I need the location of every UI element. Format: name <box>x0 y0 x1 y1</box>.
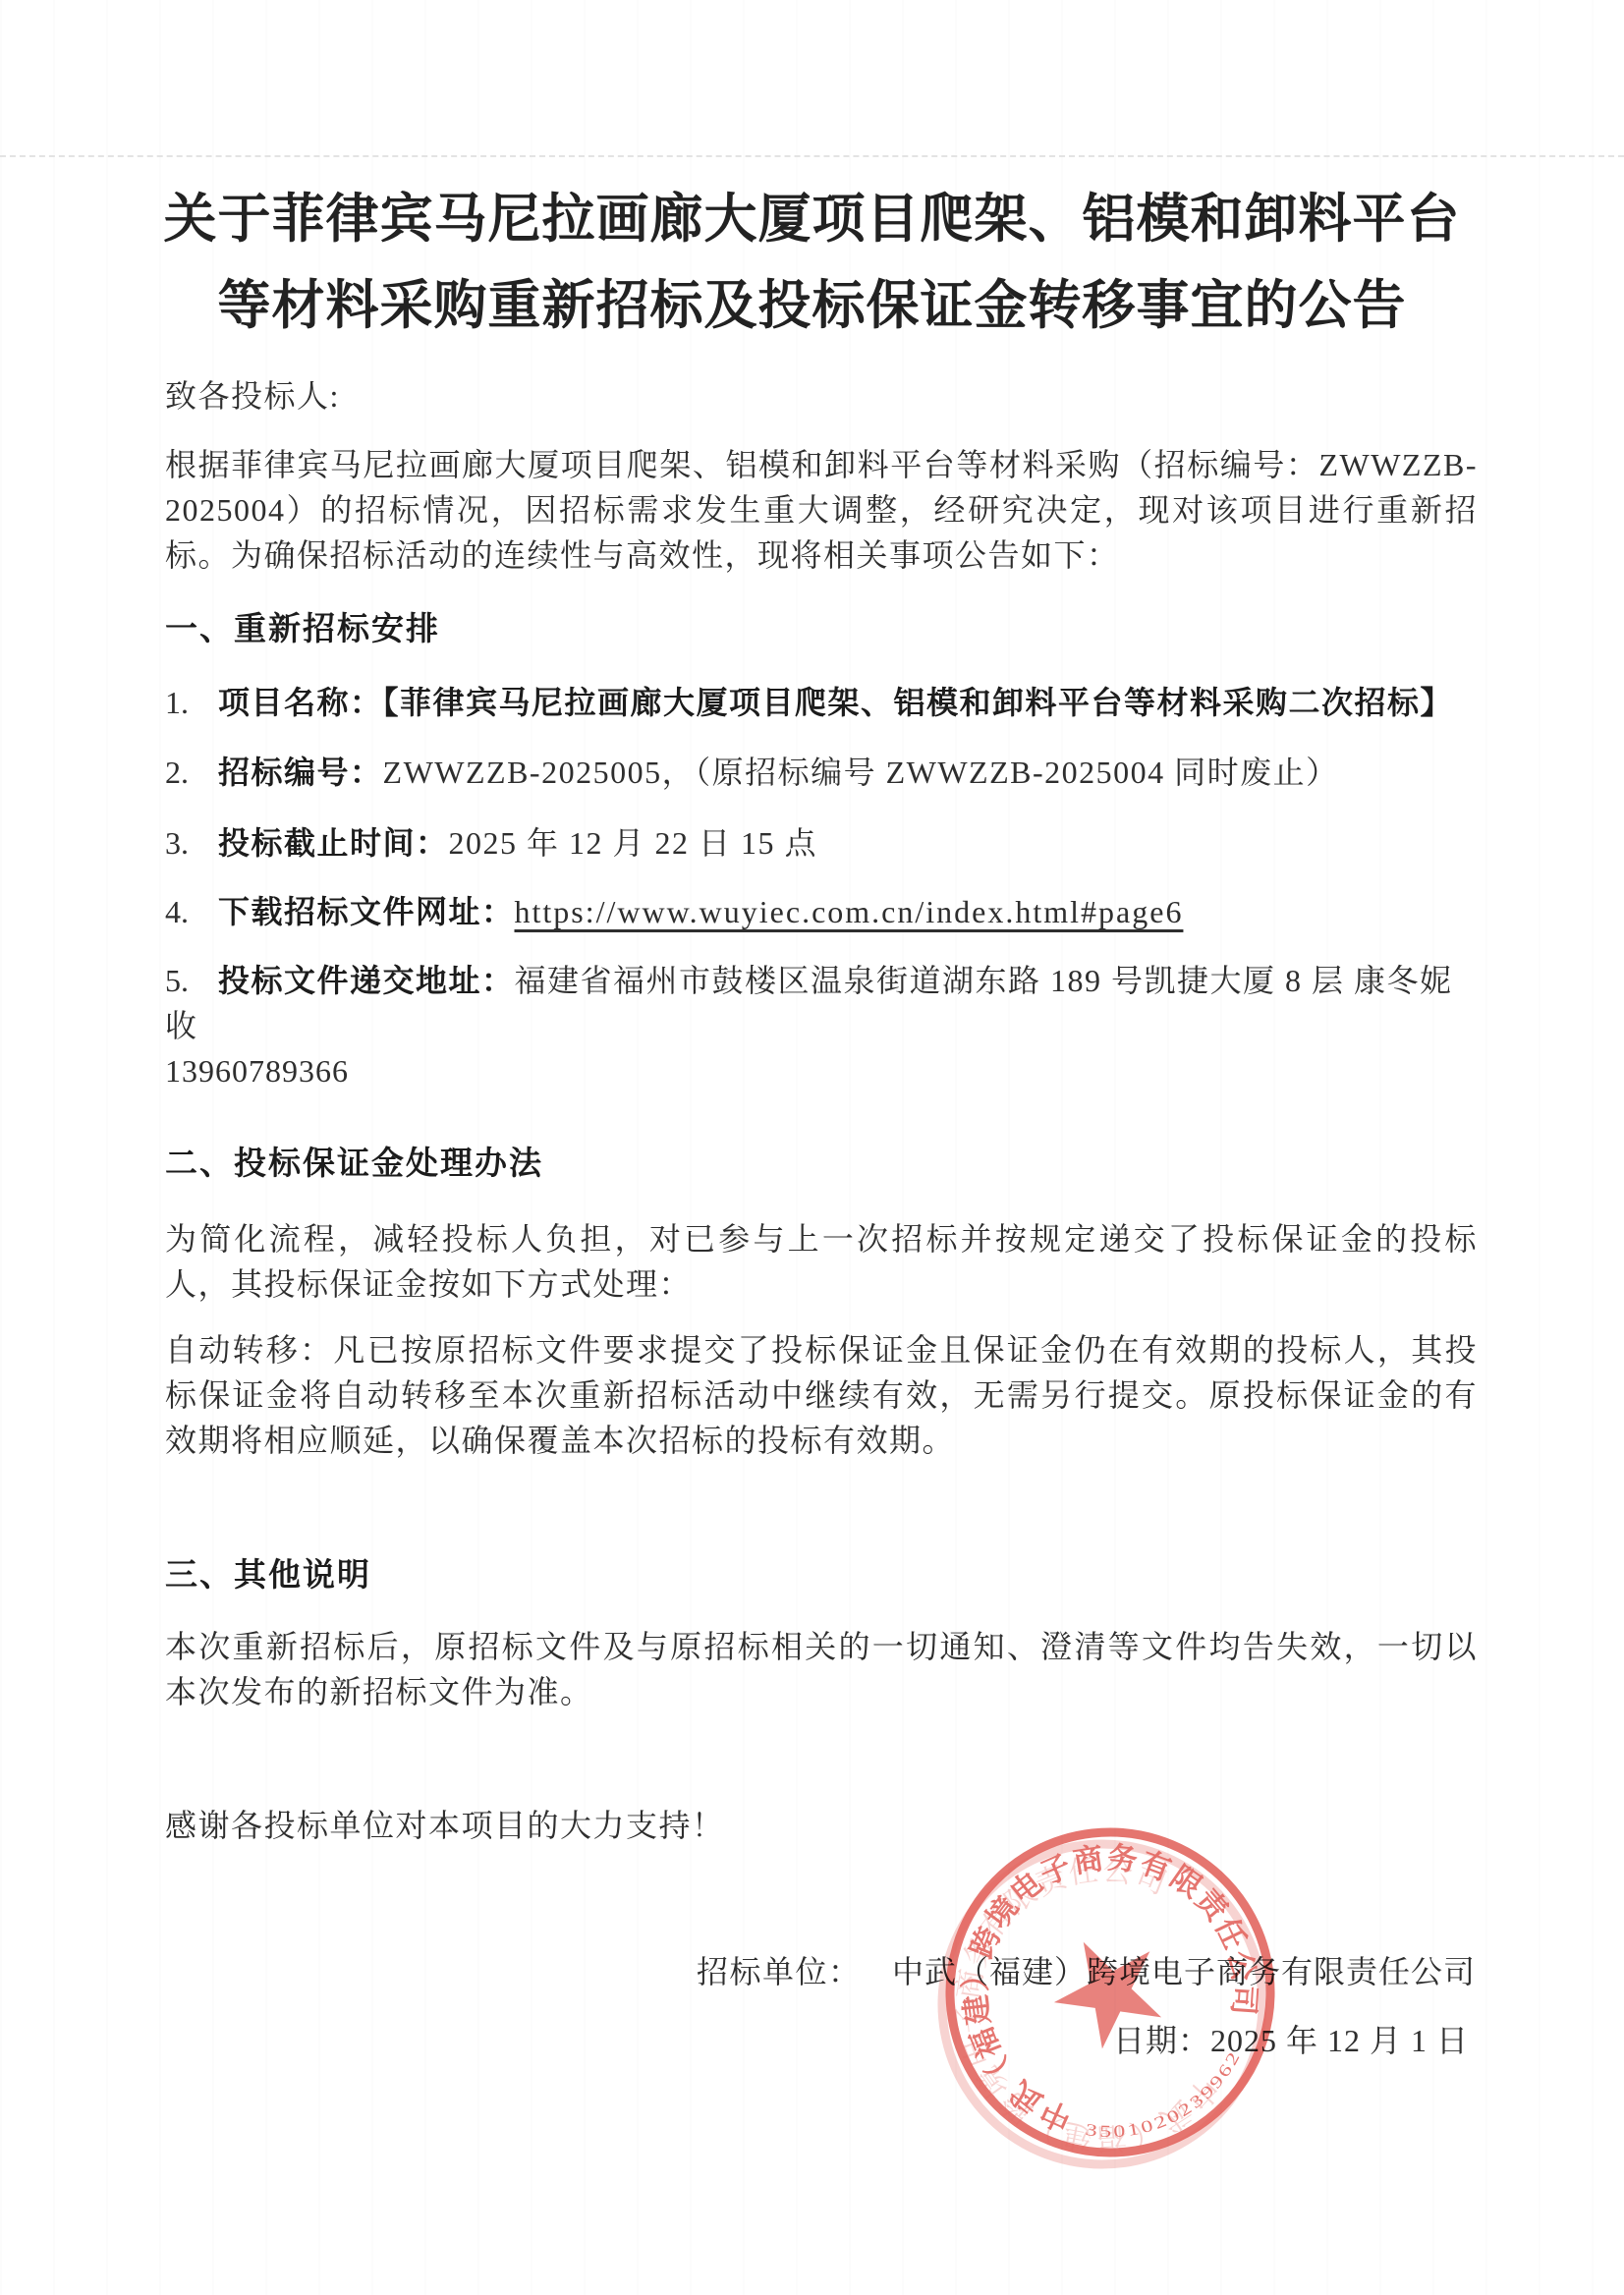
thanks-line: 感谢各投标单位对本项目的大力支持！ <box>165 1803 725 1848</box>
section2-paragraph-2: 自动转移：凡已按原招标文件要求提交了投标保证金且保证金仍在有效期的投标人，其投标… <box>165 1327 1478 1463</box>
item-value: 2025 年 12 月 22 日 15 点 <box>449 825 818 861</box>
item-label: 招标编号： <box>218 755 383 790</box>
item-label: 下载招标文件网址： <box>218 894 515 929</box>
section3-heading: 三、其他说明 <box>165 1557 371 1596</box>
tender-document-url-link[interactable]: https://www.wuyiec.com.cn/index.html#pag… <box>515 894 1184 929</box>
item-number: 2. <box>165 750 218 795</box>
list-item-project-name: 1.项目名称：【菲律宾马尼拉画廊大厦项目爬架、铝模和卸料平台等材料采购二次招标】 <box>165 680 1478 725</box>
section2-paragraph-1: 为简化流程，减轻投标人负担，对已参与上一次招标并按规定递交了投标保证金的投标人，… <box>165 1216 1478 1307</box>
issuer-label: 招标单位： <box>697 1949 862 1994</box>
announcement-title-line2: 等材料采购重新招标及投标保证金转移事宜的公告 <box>0 279 1624 332</box>
item-value: 【菲律宾马尼拉画廊大厦项目爬架、铝模和卸料平台等材料采购二次招标】 <box>383 685 1454 720</box>
salutation: 致各投标人: <box>165 373 340 419</box>
item-number: 5. <box>165 958 218 1003</box>
section2-heading: 二、投标保证金处理办法 <box>165 1146 543 1185</box>
item-number: 4. <box>165 889 218 934</box>
issuer-name: 中武（福建）跨境电子商务有限责任公司 <box>892 1949 1476 1994</box>
list-item-submission-address: 5.投标文件递交地址：福建省福州市鼓楼区温泉街道湖东路 189 号凯捷大厦 8 … <box>165 958 1478 1093</box>
seal-ghost-impression: 中武（福建）跨境电子商务有限责任公司 <box>917 1819 1288 2189</box>
item-label: 投标截止时间： <box>218 825 449 861</box>
date-label: 日期： <box>1113 2023 1210 2058</box>
svg-text:中武（福建）跨境电子商务有限责任公司: 中武（福建）跨境电子商务有限责任公司 <box>926 1836 1233 2180</box>
seal-ghost-arc-text: 中武（福建）跨境电子商务有限责任公司 <box>926 1836 1233 2180</box>
list-item-tender-number: 2.招标编号：ZWWZZB-2025005，（原招标编号 ZWWZZB-2025… <box>165 750 1478 795</box>
item-value: ZWWZZB-2025005，（原招标编号 ZWWZZB-2025004 同时废… <box>383 755 1339 790</box>
item-number: 1. <box>165 680 218 725</box>
section1-heading: 一、重新招标安排 <box>165 611 440 650</box>
item-number: 3. <box>165 820 218 866</box>
scan-artifact-line <box>0 155 1624 157</box>
list-item-deadline: 3.投标截止时间：2025 年 12 月 22 日 15 点 <box>165 820 1478 866</box>
contact-phone: 13960789366 <box>165 1048 1478 1093</box>
intro-paragraph: 根据菲律宾马尼拉画廊大厦项目爬架、铝模和卸料平台等材料采购（招标编号：ZWWZZ… <box>165 442 1478 578</box>
date-value: 2025 年 12 月 1 日 <box>1210 2023 1469 2058</box>
announcement-title-line1: 关于菲律宾马尼拉画廊大厦项目爬架、铝模和卸料平台 <box>0 193 1624 246</box>
item-label: 项目名称： <box>218 685 383 720</box>
list-item-download-url: 4.下载招标文件网址：https://www.wuyiec.com.cn/ind… <box>165 889 1478 934</box>
date-line: 日期：2025 年 12 月 1 日 <box>1113 2018 1469 2063</box>
section3-paragraph: 本次重新招标后，原招标文件及与原招标相关的一切通知、澄清等文件均告失效，一切以本… <box>165 1624 1478 1714</box>
item-label: 投标文件递交地址： <box>218 963 515 998</box>
document-page: 关于菲律宾马尼拉画廊大厦项目爬架、铝模和卸料平台 等材料采购重新招标及投标保证金… <box>0 0 1624 2295</box>
